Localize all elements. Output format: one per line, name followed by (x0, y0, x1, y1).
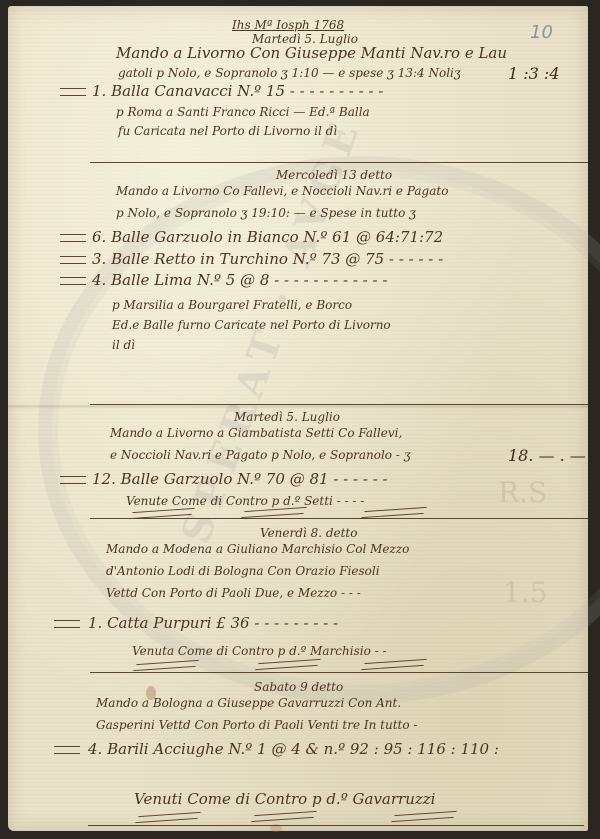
entry-text-line: e Noccioli Nav.ri e Pagato p Nolo, e Sop… (110, 446, 410, 464)
item-marker (60, 88, 86, 96)
entry-amount: 18. — . — (508, 446, 586, 465)
entry-text-line: Mando a Livorno a Giambatista Setti Co F… (110, 424, 402, 442)
section-divider (90, 518, 588, 519)
section-divider (90, 162, 588, 163)
section-divider (88, 825, 584, 826)
item-line: 4. Balle Lima N.º 5 @ 8 - - - - - - - - … (92, 271, 387, 289)
underline-flourish (391, 811, 457, 822)
item-marker (54, 620, 80, 628)
underline-flourish (135, 812, 201, 823)
entry-note: fu Caricata nel Porto di Livorno il dì (118, 122, 337, 140)
entry-note: Venuti Come di Contro p d.º Gavarruzzi (134, 790, 435, 808)
underline-flourish (251, 811, 317, 822)
entry-text-line: Mando a Bologna a Giuseppe Gavarruzzi Co… (96, 694, 401, 712)
entry-text-line: Mando a Livorno Con Giuseppe Manti Nav.r… (116, 44, 507, 62)
bleed-through-mark: 1.5 (503, 576, 548, 609)
entry-note: p Marsilia a Bourgarel Fratelli, e Borco (112, 296, 352, 314)
item-line: 3. Balle Retto in Turchino N.º 73 @ 75 -… (92, 250, 443, 268)
document-scan: SPERAT · AVGE R.S 1.5 10 Ihs Mª Iosph 17… (0, 0, 600, 839)
manuscript-page: SPERAT · AVGE R.S 1.5 10 Ihs Mª Iosph 17… (8, 6, 588, 831)
entry-text-line: Vettd Con Porto di Paoli Due, e Mezzo - … (106, 584, 361, 602)
entry-note: Venuta Come di Contro p d.º Marchisio - … (132, 642, 387, 660)
entry-amount: 1 :3 :4 (508, 64, 560, 83)
entry-note: il dì (112, 336, 135, 354)
item-marker (60, 234, 86, 242)
page-number: 10 (530, 22, 553, 43)
entry-note: p Roma a Santi Franco Ricci — Ed.ª Balla (116, 103, 370, 121)
item-line: 1. Balla Canavacci N.º 15 - - - - - - - … (92, 82, 383, 100)
entry-text-line: p Nolo, e Sopranolo ʒ 19:10: — e Spese i… (116, 204, 416, 222)
item-line: 4. Barili Acciughe N.º 1 @ 4 & n.º 92 : … (88, 740, 499, 758)
item-line: 6. Balle Garzuolo in Bianco N.º 61 @ 64:… (92, 228, 443, 246)
item-marker (60, 277, 86, 285)
entry-note: Venute Come di Contro p d.º Setti - - - … (126, 492, 364, 510)
item-line: 12. Balle Garzuolo N.º 70 @ 81 - - - - -… (92, 470, 388, 488)
item-line: 1. Catta Purpuri £ 36 - - - - - - - - - (88, 614, 338, 632)
entry-text-line: gatoli p Nolo, e Sopranolo ʒ 1:10 — e sp… (118, 64, 461, 82)
entry-note: Ed.e Balle furno Caricate nel Porto di L… (112, 316, 391, 334)
section-divider (90, 672, 588, 673)
item-marker (60, 476, 86, 484)
bleed-through-mark: R.S (498, 476, 547, 509)
item-marker (60, 256, 86, 264)
underline-flourish (133, 660, 199, 671)
entry-text-line: Gasperini Vettd Con Porto di Paoli Venti… (96, 716, 417, 734)
section-divider (90, 404, 588, 405)
entry-text-line: Mando a Modena a Giuliano Marchisio Col … (106, 540, 409, 558)
entry-text-line: d'Antonio Lodi di Bologna Con Orazio Fie… (106, 562, 380, 580)
item-marker (54, 746, 80, 754)
entry-text-line: Mando a Livorno Co Fallevi, e Noccioli N… (116, 182, 448, 200)
